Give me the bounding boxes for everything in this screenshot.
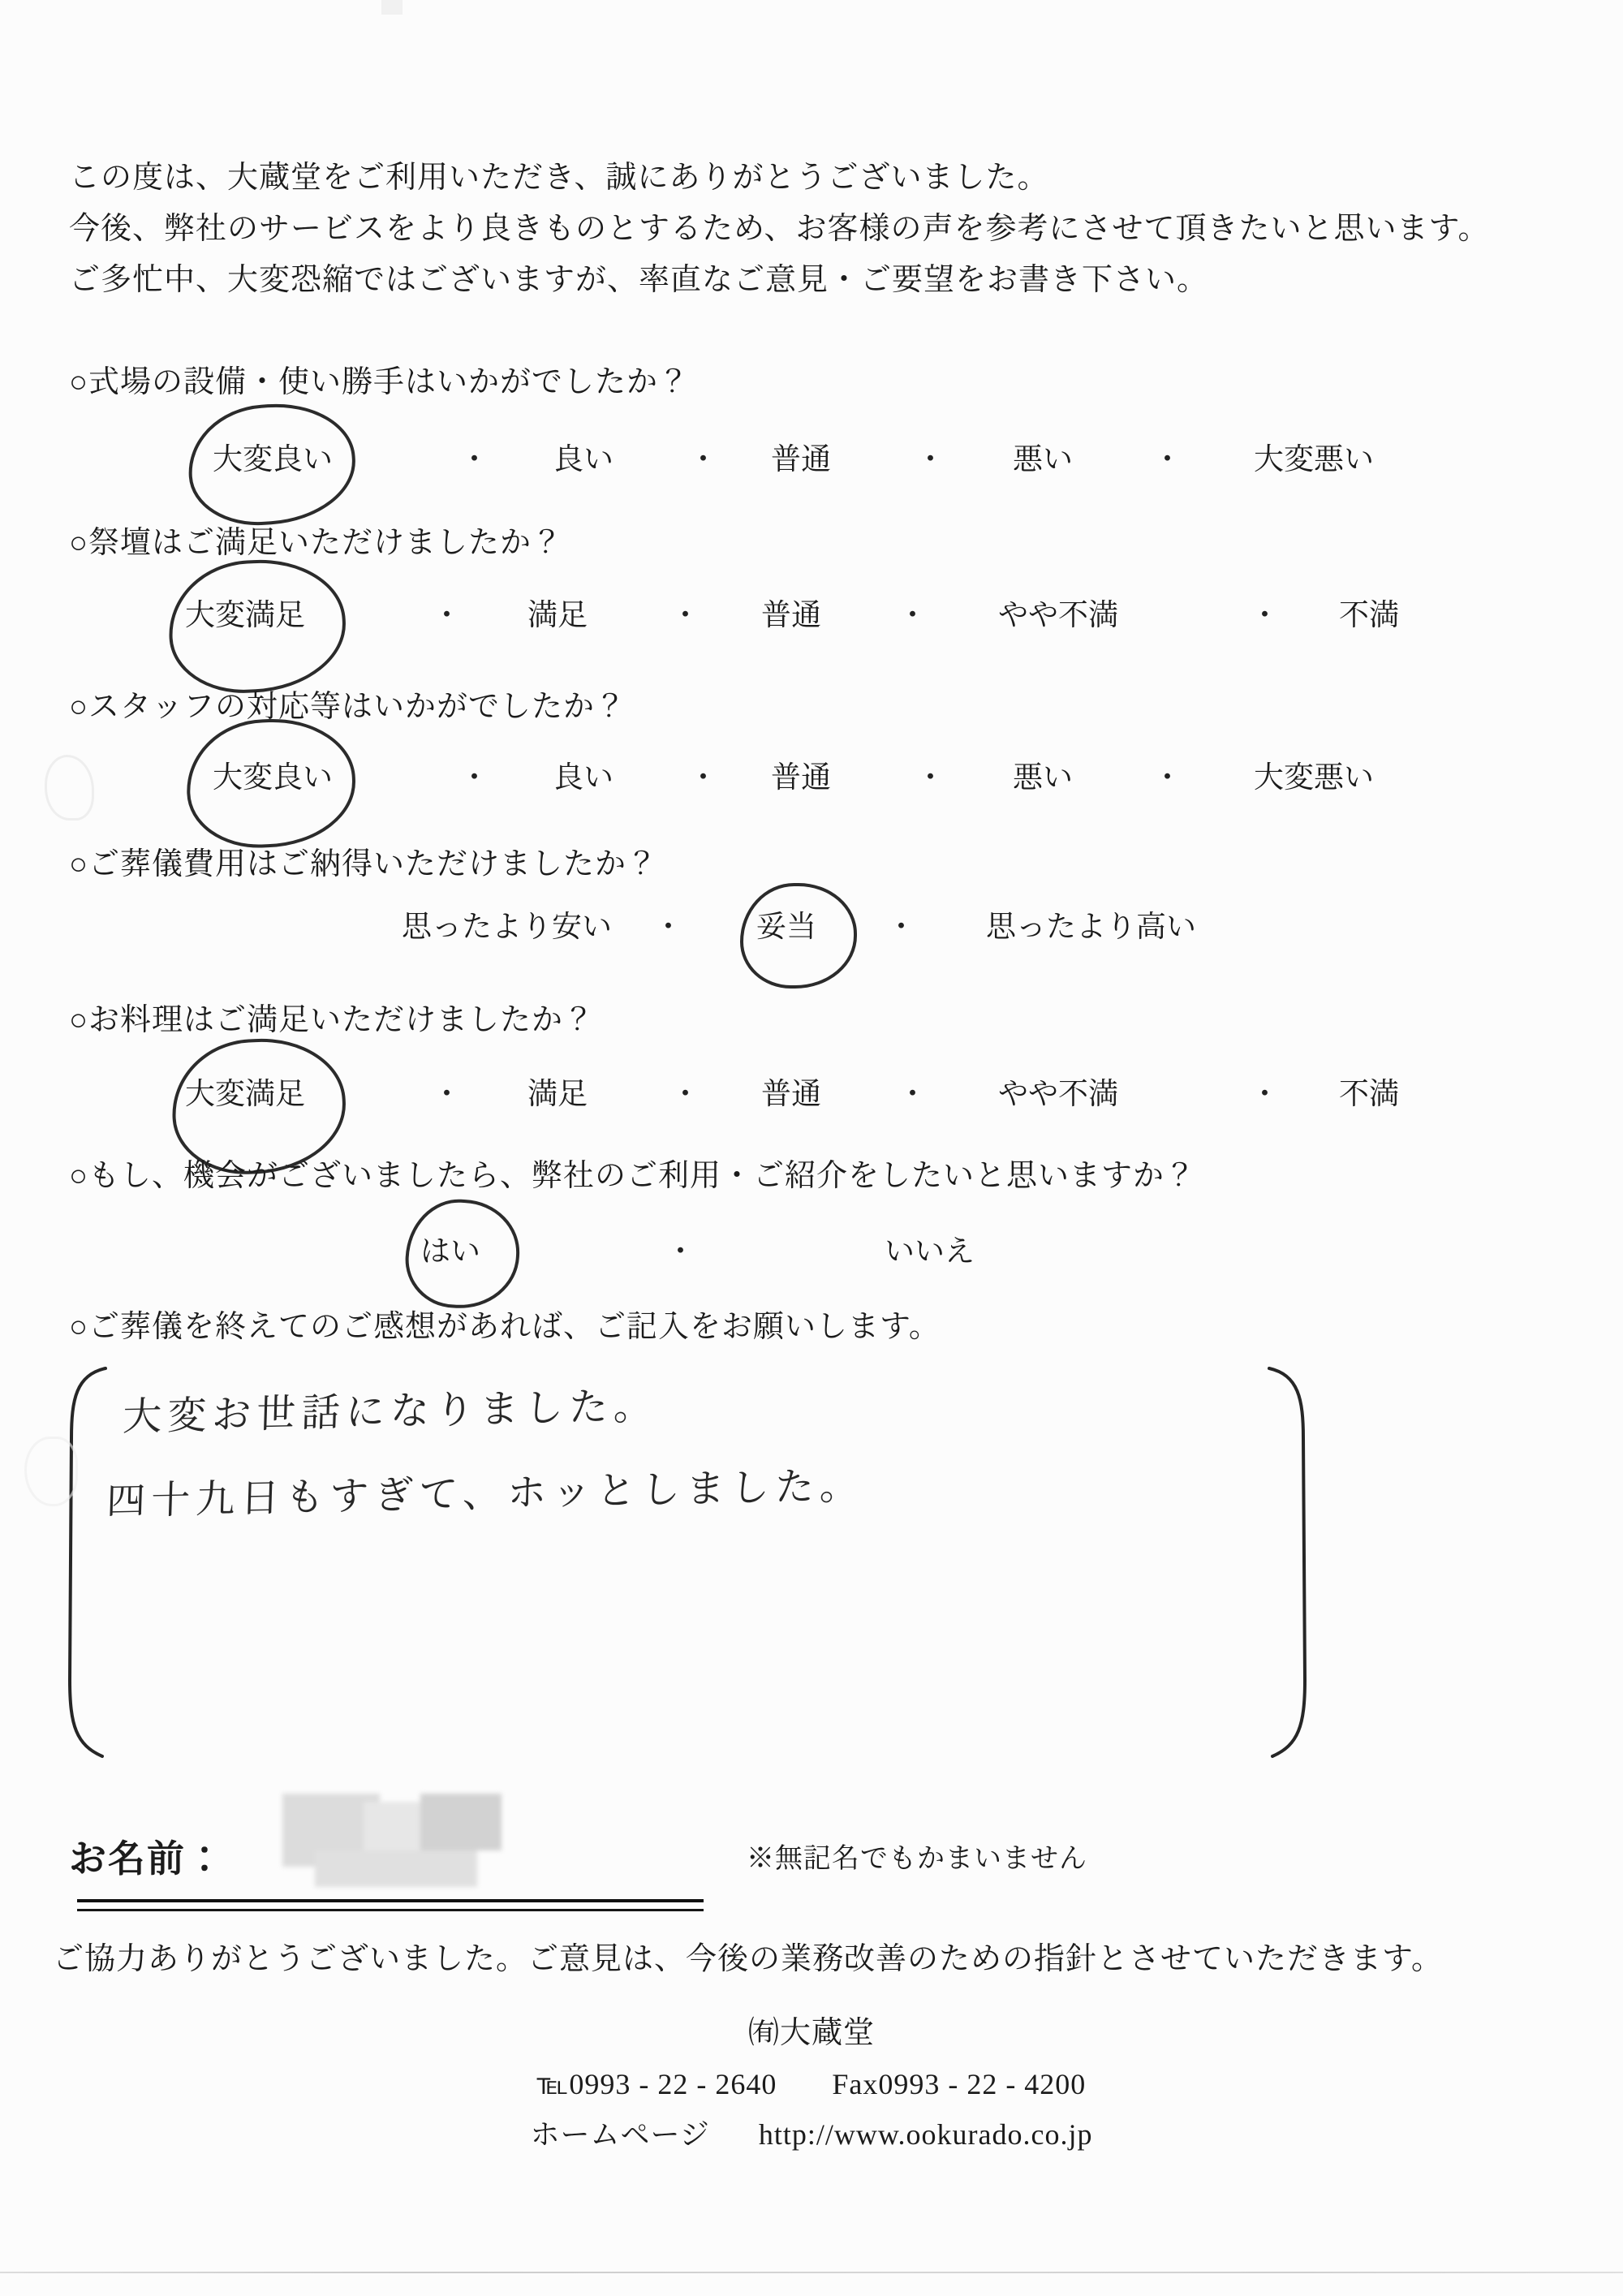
comment-prompt: ○ご葬儀を終えてのご感想があれば、ご記入をお願いします。 (69, 1312, 941, 1342)
option-label: 良い (553, 445, 613, 475)
option-label: やや不満 (998, 1079, 1118, 1109)
comment-bracket-right (1251, 1363, 1316, 1761)
scan-smudge-artifact (45, 755, 94, 821)
question-label-food: ○お料理はご満足いただけましたか？ (69, 1005, 595, 1036)
option-label: 大変悪い (1254, 763, 1374, 793)
option-separator: ・ (688, 445, 718, 475)
option-label: 思ったより高い (986, 912, 1196, 942)
option-label: 不満 (1339, 601, 1399, 631)
option-label: やや不満 (998, 601, 1118, 631)
redacted-name-blur (266, 1794, 522, 1891)
option-label: 普通 (771, 445, 831, 475)
option-separator: ・ (1250, 601, 1280, 631)
comment-bracket-left (58, 1363, 123, 1761)
option-separator: ・ (653, 912, 683, 942)
question-label-cost: ○ご葬儀費用はご納得いただけましたか？ (69, 849, 658, 880)
option-label: 悪い (1013, 763, 1073, 793)
homepage-label: ホームページ (531, 2118, 710, 2151)
option-separator: ・ (1152, 763, 1182, 793)
option-label: 妥当 (756, 912, 816, 942)
tel-number: ℡0993 - 22 - 2640 (537, 2068, 777, 2100)
fax-number: Fax0993 - 22 - 4200 (832, 2068, 1086, 2100)
option-label: 大変満足 (185, 601, 305, 631)
name-underline (77, 1899, 704, 1911)
option-separator: ・ (915, 763, 945, 793)
contact-line: ℡0993 - 22 - 2640 Fax0993 - 22 - 4200 (0, 2070, 1623, 2099)
intro-line: この度は、大蔵堂をご利用いただき、誠にありがとうございました。 (69, 162, 1048, 193)
scan-smudge-artifact (24, 1437, 78, 1506)
option-label: 普通 (761, 1079, 821, 1109)
intro-line: 今後、弊社のサービスをより良きものとするため、お客様の声を参考にさせて頂きたいと… (69, 213, 1489, 244)
option-label: はい (420, 1237, 480, 1267)
option-label: 満足 (527, 1079, 588, 1109)
option-separator: ・ (459, 445, 489, 475)
anonymous-note: ※無記名でもかまいません (747, 1846, 1087, 1873)
option-label: 不満 (1339, 1079, 1399, 1109)
option-separator: ・ (432, 1079, 462, 1109)
option-label: 大変悪い (1254, 445, 1374, 475)
homepage-line: ホームページ http://www.ookurado.co.jp (0, 2120, 1623, 2149)
option-label: 良い (553, 763, 613, 793)
option-separator: ・ (459, 763, 489, 793)
option-separator: ・ (898, 1079, 928, 1109)
option-separator: ・ (432, 601, 462, 631)
option-label: 大変良い (213, 763, 333, 793)
footer-thanks: ご協力ありがとうございました。ご意見は、今後の業務改善のための指針とさせていただ… (53, 1944, 1443, 1975)
option-label: 満足 (527, 601, 588, 631)
question-label-staff: ○スタッフの対応等はいかがでしたか？ (69, 691, 626, 722)
option-separator: ・ (886, 912, 916, 942)
question-label-venue: ○式場の設備・使い勝手はいかがでしたか？ (69, 367, 690, 398)
option-label: 普通 (771, 763, 831, 793)
name-label: お名前： (69, 1841, 225, 1878)
option-separator: ・ (665, 1237, 695, 1267)
scan-edge-line (0, 2272, 1623, 2273)
option-separator: ・ (688, 763, 718, 793)
scanned-survey-form: この度は、大蔵堂をご利用いただき、誠にありがとうございました。 今後、弊社のサー… (0, 0, 1623, 2296)
option-label: 悪い (1013, 445, 1073, 475)
company-name: ㈲大蔵堂 (0, 2018, 1623, 2048)
option-label: 大変良い (213, 445, 333, 475)
option-separator: ・ (1152, 445, 1182, 475)
question-label-referral: ○もし、機会がございましたら、弊社のご利用・ご紹介をしたいと思いますか？ (69, 1161, 1196, 1191)
option-label: 思ったより安い (402, 912, 612, 942)
handwritten-comment-line: 大変お世話になりました。 (122, 1386, 658, 1437)
handwritten-comment-line: 四十九日もすぎて、ホッとしました。 (105, 1466, 864, 1521)
intro-line: ご多忙中、大変恐縮ではございますが、率直なご意見・ご要望をお書き下さい。 (69, 265, 1208, 295)
scan-artifact-top (381, 0, 403, 15)
option-label: 普通 (761, 601, 821, 631)
option-separator: ・ (898, 601, 928, 631)
option-separator: ・ (915, 445, 945, 475)
option-separator: ・ (670, 601, 700, 631)
question-label-altar: ○祭壇はご満足いただけましたか？ (69, 528, 563, 558)
option-separator: ・ (670, 1079, 700, 1109)
option-label: いいえ (885, 1237, 975, 1267)
option-label: 大変満足 (185, 1079, 305, 1109)
option-separator: ・ (1250, 1079, 1280, 1109)
homepage-url: http://www.ookurado.co.jp (759, 2118, 1093, 2151)
